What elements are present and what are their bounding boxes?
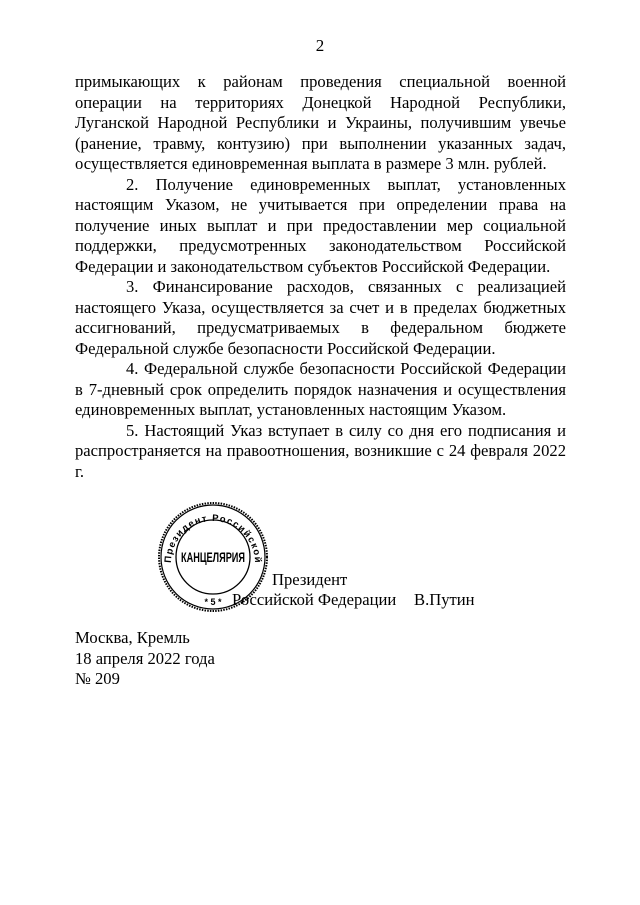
svg-text:КАНЦЕЛЯРИЯ: КАНЦЕЛЯРИЯ	[181, 550, 245, 565]
decree-number: № 209	[75, 669, 215, 690]
decree-footer: Москва, Кремль 18 апреля 2022 года № 209	[75, 628, 215, 690]
paragraph-1-continuation: примыкающих к районам проведения специал…	[75, 72, 566, 175]
signature-title-line1: Президент	[272, 570, 347, 590]
decree-body: примыкающих к районам проведения специал…	[75, 72, 566, 482]
date-of-signing: 18 апреля 2022 года	[75, 649, 215, 670]
signature-name: В.Путин	[414, 590, 475, 610]
paragraph-5: 5. Настоящий Указ вступает в силу со дня…	[75, 421, 566, 483]
place-of-signing: Москва, Кремль	[75, 628, 215, 649]
paragraph-3: 3. Финансирование расходов, связанных с …	[75, 277, 566, 359]
signature-title-line2: Российской Федерации	[232, 590, 396, 610]
svg-text:* 5 *: * 5 *	[204, 597, 222, 607]
paragraph-2: 2. Получение единовременных выплат, уста…	[75, 175, 566, 278]
paragraph-4: 4. Федеральной службе безопасности Росси…	[75, 359, 566, 421]
page-number: 2	[0, 36, 640, 56]
